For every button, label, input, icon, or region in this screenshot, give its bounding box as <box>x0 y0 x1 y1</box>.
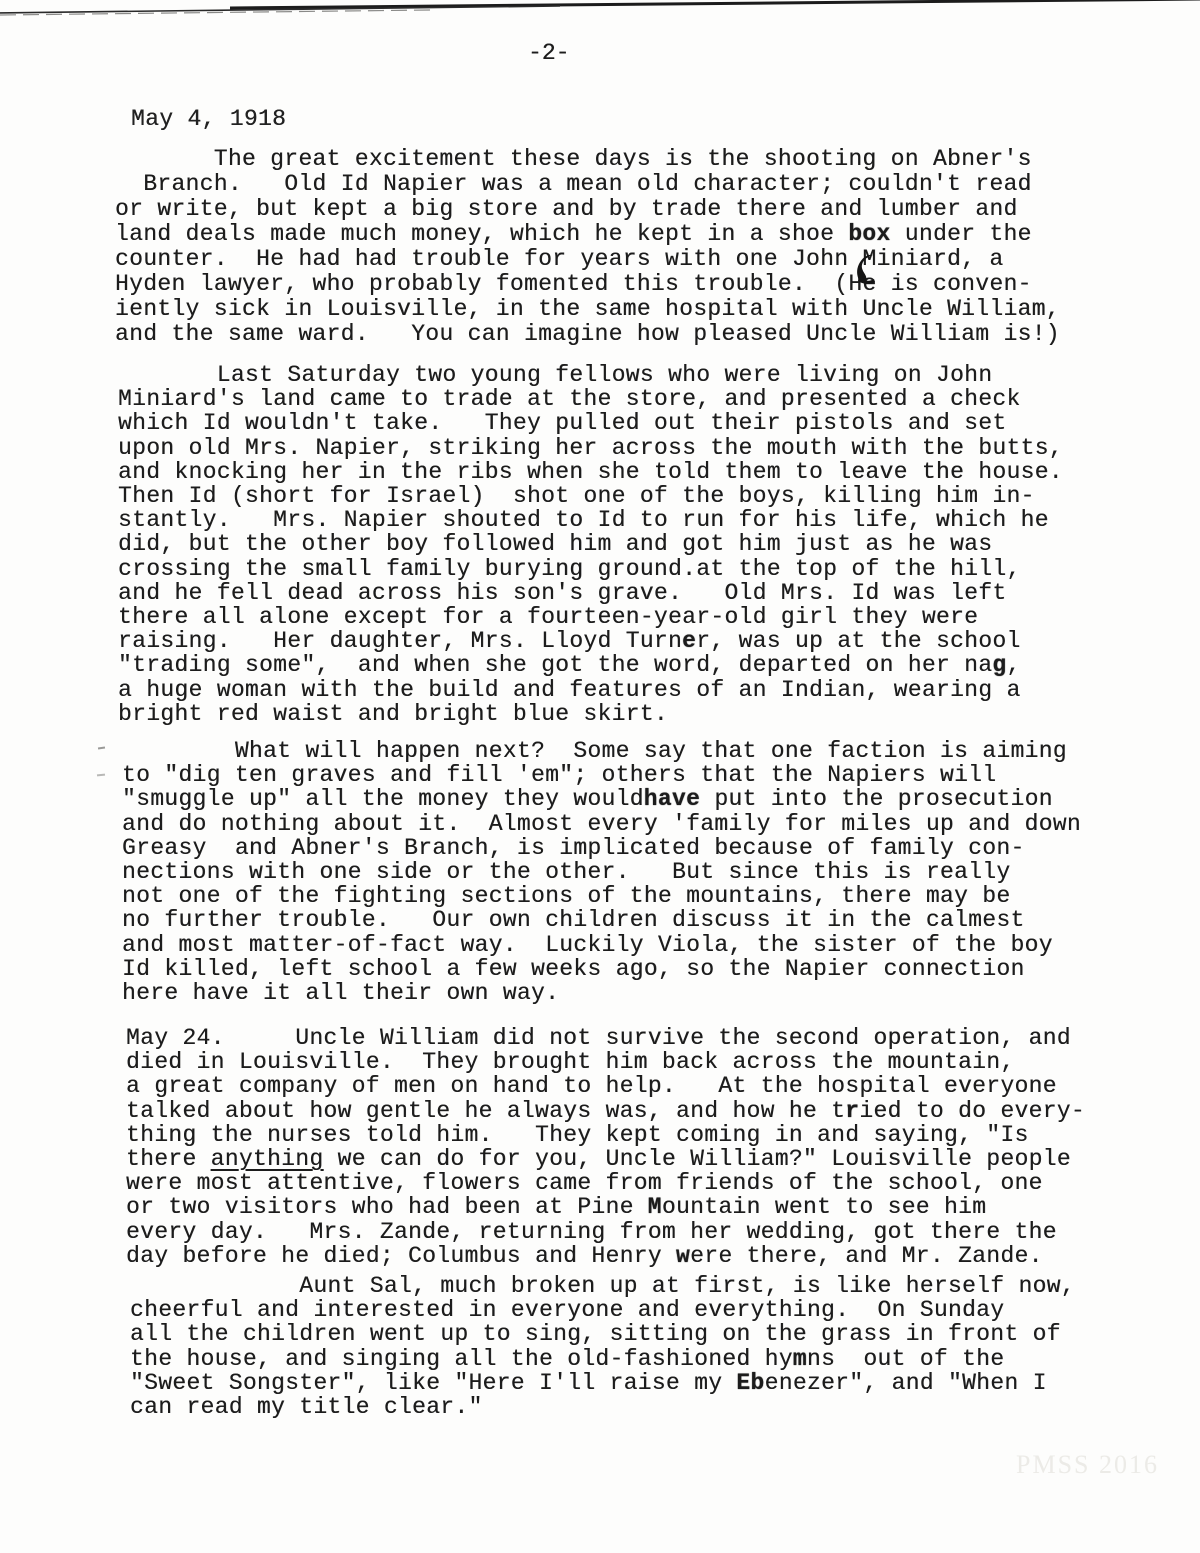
paragraph-what-will-happen: What will happen next? Some say that one… <box>122 739 1081 1005</box>
handwritten-caret-mark <box>853 252 883 286</box>
paragraph-aunt-sal: Aunt Sal, much broken up at first, is li… <box>130 1274 1075 1419</box>
paragraph-shooting-news: The great excitement these days is the s… <box>115 147 1060 347</box>
paragraph-may-24: May 24. Uncle William did not survive th… <box>126 1026 1085 1268</box>
scan-speck <box>97 774 105 777</box>
watermark: PMSS 2016 <box>1016 1450 1159 1480</box>
paragraph-saturday-incident: Last Saturday two young fellows who were… <box>118 363 1063 726</box>
letter-page: -2- May 4, 1918 The great excitement the… <box>0 0 1200 1553</box>
scan-speck <box>98 747 105 750</box>
scan-edge-line <box>0 0 1200 22</box>
date-heading: May 4, 1918 <box>131 106 286 132</box>
page-number: -2- <box>528 40 569 66</box>
